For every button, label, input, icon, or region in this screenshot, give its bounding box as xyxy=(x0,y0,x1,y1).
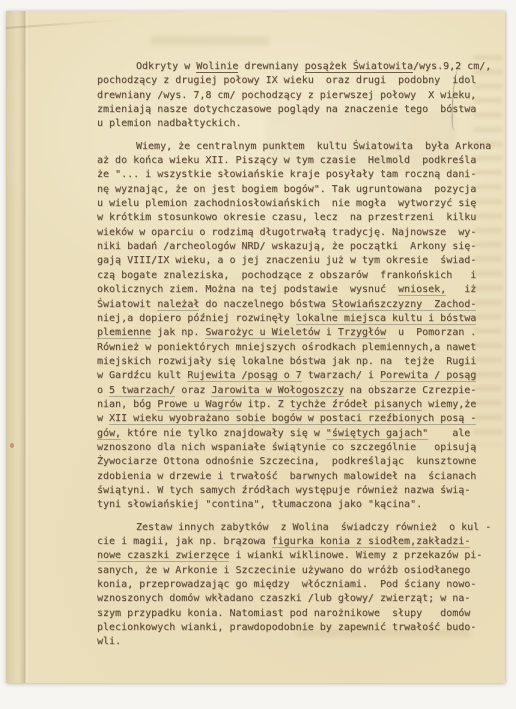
text-segment: czą bogate znaleziska, pochodzące z obsz… xyxy=(97,270,476,281)
text-segment: Żywociarze Ottona odnośnie Szczecina, po… xyxy=(97,456,476,467)
paragraph: Zestaw innych zabytków z Wolina świadczy… xyxy=(97,521,483,650)
text-segment: niki badań /archeologów NRD/ wskazują, ż… xyxy=(97,241,476,252)
paper-speck xyxy=(10,443,14,448)
text-segment: tyni słowiańskiej "contina", tłumaczona … xyxy=(97,499,422,510)
text-segment: konia, przeprowadzając go między włóczni… xyxy=(97,579,476,590)
text-line: nę wyznając, że on jest bogiem bogów". T… xyxy=(97,183,483,197)
text-line: plemienne jak np. Swarożyc u Wieletów i … xyxy=(97,326,483,340)
text-line: nowe czaszki zwierzęce i wianki wiklinow… xyxy=(97,549,483,563)
typed-underlined-text: posążek Światowita xyxy=(305,61,413,73)
text-segment: u wielu plemion zachodniosłowiańskich ni… xyxy=(97,198,476,209)
text-line: sanych, że w Arkonie i Szczecinie używan… xyxy=(97,564,483,578)
text-segment: o xyxy=(97,385,109,396)
pencil-underlined-text: wniosek, xyxy=(398,284,446,296)
text-segment: i xyxy=(320,327,338,338)
pencil-underlined-text: figurka konia z siodłem,zakładzi- xyxy=(272,536,471,548)
scan-background: Odkryty w Wolinie drewniany posążek Świa… xyxy=(0,0,516,709)
pencil-underlined-text: "świętych gajach" xyxy=(326,428,428,440)
text-line: w Gardźcu kult Rujewita /posąg o 7 twarz… xyxy=(97,369,483,383)
text-line: Odkryty w Wolinie drewniany posążek Świa… xyxy=(97,60,483,74)
pencil-underlined-text: Swarożyc u Wieletów xyxy=(205,327,319,339)
pencil-underlined-text: tychże źródeł pisanych xyxy=(290,399,422,411)
text-line: Światowit należał do naczelnego bóstwa S… xyxy=(97,298,483,312)
text-line: Zestaw innych zabytków z Wolina świadczy… xyxy=(97,521,483,535)
pencil-underlined-text: Prowe u Wagrów xyxy=(157,399,241,411)
text-segment: w Gardźcu kult xyxy=(97,370,187,381)
text-line: Żywociarze Ottona odnośnie Szczecina, po… xyxy=(97,455,483,469)
text-segment: oraz xyxy=(175,385,211,396)
text-line: wznoszono dla nich wspaniałe świątynie c… xyxy=(97,441,483,455)
text-line: Wiemy, że centralnym punktem kultu Świat… xyxy=(97,140,483,154)
text-segment: i wianki wiklinowe. Wiemy z przekazów pi… xyxy=(229,550,482,561)
text-segment: Odkryty w xyxy=(136,61,196,72)
text-line: świątyni. W tych samych źródłach występu… xyxy=(97,484,483,498)
text-segment: ale xyxy=(428,428,470,439)
text-line: aż do końca wieku XII. Piszący w tym cza… xyxy=(97,154,483,168)
pencil-underlined-text: Porewita / posąg xyxy=(380,370,476,382)
text-segment: sanych, że w Arkonie i Szczecinie używan… xyxy=(97,565,470,576)
text-segment: pochodzący z drugiej połowy IX wieku ora… xyxy=(97,75,476,86)
text-line: że "... i wszystkie słowiańskie kraje po… xyxy=(97,168,483,182)
text-line: o 5 twarzach/ oraz Jarowita w Wołogoszcz… xyxy=(97,384,483,398)
text-segment: zdobienia w drzewie i trwałość barwnych … xyxy=(97,471,476,482)
text-line: miejskich rozwijały się lokalne bóstwa j… xyxy=(97,355,483,369)
text-line: szym przypadku konia. Natomiast pod naro… xyxy=(97,607,483,621)
text-line: w krótkim stosunkowo okresie czasu, lecz… xyxy=(97,211,483,225)
text-line: u wielu plemion zachodniosłowiańskich ni… xyxy=(97,197,483,211)
text-line: zmieniają nasze dotychczasowe poglądy na… xyxy=(97,103,483,117)
text-segment: Wiemy, że centralnym punktem kultu Świat… xyxy=(136,141,491,152)
pencil-underlined-text: Rujewita /posąg o 7 xyxy=(187,370,301,382)
text-segment: miejskich rozwijały się lokalne bóstwa j… xyxy=(97,356,476,367)
text-segment: niej,a dopiero później rozwinęły xyxy=(97,313,296,324)
text-segment: u plemion nadbałtyckich. xyxy=(97,118,242,129)
text-segment: w krótkim stosunkowo okresie czasu, lecz… xyxy=(97,212,476,223)
typed-underlined-text: Wolinie xyxy=(196,61,238,73)
text-line: niej,a dopiero później rozwinęły lokalne… xyxy=(97,312,483,326)
pencil-underlined-text: gów, xyxy=(97,428,121,440)
text-line: gają VIII/IX wieku, a o jej znaczeniu ju… xyxy=(97,254,483,268)
pencil-underlined-text: należał xyxy=(157,299,199,311)
text-segment: Światowit xyxy=(97,299,157,310)
pencil-underlined-text: nowe czaszki zwierzęce xyxy=(97,550,229,562)
pencil-underlined-text: 5 twarzach/ xyxy=(109,385,175,397)
text-segment: plecionkowych wianki, prawdopodobnie by … xyxy=(97,622,476,633)
text-line: pochodzący z drugiej połowy IX wieku ora… xyxy=(97,74,483,88)
text-line: wieków w oparciu o rodzimą długotrwałą t… xyxy=(97,226,483,240)
text-segment: wieków w oparciu o rodzimą długotrwałą t… xyxy=(97,227,476,238)
text-segment: Zestaw innych zabytków z Wolina świadczy… xyxy=(136,522,491,533)
text-line: zdobienia w drzewie i trwałość barwnych … xyxy=(97,470,483,484)
pencil-underlined-text: Trzygłów xyxy=(338,327,386,339)
text-line: cie i magii, jak np. brązowa figurka kon… xyxy=(97,535,483,549)
text-segment: twarzach/ i xyxy=(302,370,380,381)
fold-crease xyxy=(19,11,29,683)
text-line: plecionkowych wianki, prawdopodobnie by … xyxy=(97,621,483,635)
text-segment: cie i magii, jak np. brązowa xyxy=(97,536,272,547)
text-segment: że "... i wszystkie słowiańskie kraje po… xyxy=(97,169,476,180)
pencil-underlined-text: lokalne miejsca kultu i bóstwa xyxy=(296,313,477,325)
text-segment: /wys.9,2 cm/, xyxy=(413,61,491,72)
text-segment: nian, bóg xyxy=(97,399,157,410)
pencil-underlined-text: plemienne xyxy=(97,327,151,339)
text-segment: Również w poniektórych mniejszych ośrodk… xyxy=(97,342,476,353)
text-line: drewniany /wys. 7,8 cm/ pochodzący z pie… xyxy=(97,89,483,103)
paragraph: Wiemy, że centralnym punktem kultu Świat… xyxy=(97,140,483,513)
text-segment: do naczelnego bóstwa xyxy=(199,299,331,310)
text-line: czą bogate znaleziska, pochodzące z obsz… xyxy=(97,269,483,283)
bleedthrough-smudge xyxy=(150,36,270,45)
text-segment: zmieniają nasze dotychczasowe poglądy na… xyxy=(97,104,476,115)
text-segment: wiemy,że xyxy=(422,399,476,410)
text-segment: nę wyznając, że on jest bogiem bogów". T… xyxy=(97,184,476,195)
text-segment: wli. xyxy=(97,636,121,647)
text-segment: w xyxy=(97,413,109,424)
text-line: konia, przeprowadzając go między włóczni… xyxy=(97,578,483,592)
pencil-underlined-text: XII wieku wyobrażano sobie bogów w posta… xyxy=(109,413,476,425)
pencil-underlined-text: Jarowita w Wołogoszczy xyxy=(211,385,343,397)
text-line: gów, które nie tylko znajdowały się w "ś… xyxy=(97,427,483,441)
text-line: w XII wieku wyobrażano sobie bogów w pos… xyxy=(97,412,483,426)
text-segment: które nie tylko znajdowały się w xyxy=(121,428,326,439)
document-page: Odkryty w Wolinie drewniany posążek Świa… xyxy=(6,11,505,683)
text-segment: na obszarze Czrezpie- xyxy=(344,385,476,396)
text-segment: drewniany /wys. 7,8 cm/ pochodzący z pie… xyxy=(97,90,476,101)
text-line: u plemion nadbałtyckich. xyxy=(97,117,483,131)
text-line: okolicznych ziem. Można na tej podstawie… xyxy=(97,283,483,297)
text-segment: świątyni. W tych samych źródłach występu… xyxy=(97,485,470,496)
text-line: nian, bóg Prowe u Wagrów itp. Z tychże ź… xyxy=(97,398,483,412)
text-line: Również w poniektórych mniejszych ośrodk… xyxy=(97,341,483,355)
text-segment: aż do końca wieku XII. Piszący w tym cza… xyxy=(97,155,476,166)
text-segment: szym przypadku konia. Natomiast pod naro… xyxy=(97,608,470,619)
text-segment: okolicznych ziem. Można na tej podstawie… xyxy=(97,284,398,295)
text-segment: wznoszono dla nich wspaniałe świątynie c… xyxy=(97,442,476,453)
typewritten-text: Odkryty w Wolinie drewniany posążek Świa… xyxy=(97,60,483,658)
text-line: wznoszonych domów wkładano czaszki /lub … xyxy=(97,592,483,606)
pencil-underlined-text: Słowiańszczyzny Zachod- xyxy=(332,299,477,311)
text-line: wli. xyxy=(97,635,483,649)
text-segment: drewniany xyxy=(238,61,304,72)
text-segment: jak np. xyxy=(151,327,205,338)
paragraph: Odkryty w Wolinie drewniany posążek Świa… xyxy=(97,60,483,132)
text-segment: u Pomorzan . xyxy=(386,327,476,338)
text-segment: gają VIII/IX wieku, a o jej znaczeniu ju… xyxy=(97,255,476,266)
text-line: niki badań /archeologów NRD/ wskazują, ż… xyxy=(97,240,483,254)
text-segment: itp. Z xyxy=(242,399,290,410)
text-line: tyni słowiańskiej "contina", tłumaczona … xyxy=(97,498,483,512)
text-segment: iż xyxy=(446,284,476,295)
text-segment: wznoszonych domów wkładano czaszki /lub … xyxy=(97,593,470,604)
